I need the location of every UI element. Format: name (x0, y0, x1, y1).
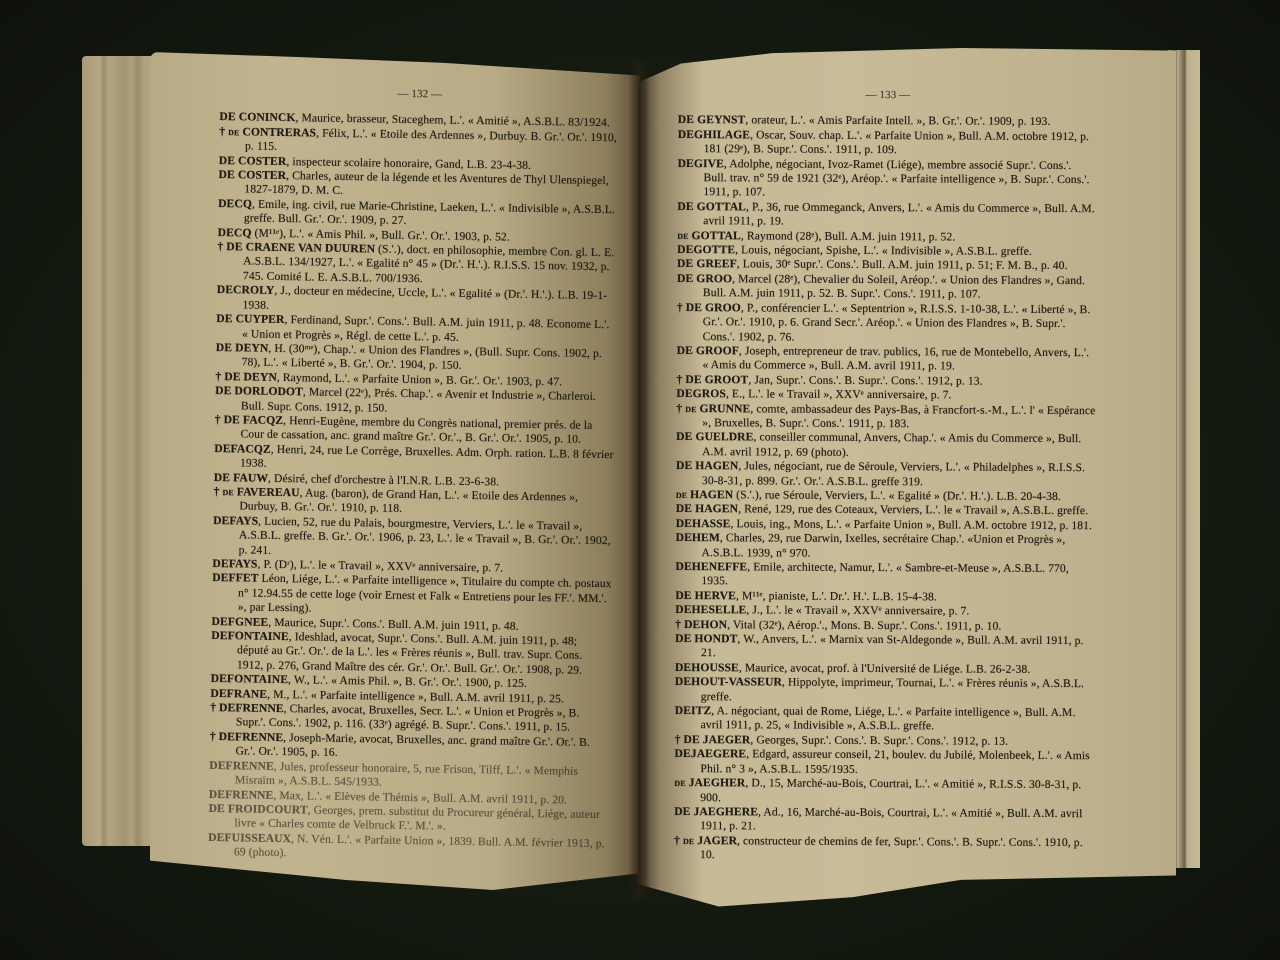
list-item: DE HAGEN, Jules, négociant, rue de Sérou… (676, 459, 1096, 490)
entry-name: DEFRENNE (219, 701, 284, 715)
entry-name: de JAGER (683, 834, 737, 847)
list-item: DEFFET Léon, Liége, L.'. « Parfaite inte… (212, 571, 613, 620)
entry-text: , A. négociant, quai de Rome, Liége, L.'… (701, 704, 1076, 733)
entry-name: de JAEGHER (674, 776, 745, 789)
entry-text: , Joseph, entrepreneur de trav. publics,… (703, 344, 1090, 373)
list-item: de JAEGHER, D., 15, Marché-au-Bois, Cour… (674, 776, 1094, 807)
entry-name: DE JAEGER (683, 733, 750, 746)
entry-text: , P., 36, rue Ommeganck, Anvers, L.'. « … (703, 200, 1095, 228)
entry-text: , Marcel (28ᵉ), Chevalier du Soleil, Aré… (703, 272, 1085, 301)
entry-name: DEFRANE (210, 687, 267, 701)
entry-text: , P., conférencier L.'. « Septentrion »,… (703, 301, 1091, 343)
entry-name: DEITZ (675, 704, 712, 717)
entry-name: DEGHILAGE (678, 128, 750, 141)
entry-name: DEJAEGERE (674, 747, 746, 760)
deceased-dagger: † (210, 730, 219, 743)
deceased-dagger: † (675, 618, 684, 631)
entry-name: DEHOUT-VASSEUR (675, 675, 782, 689)
entry-name: DE JAEGHERE (674, 805, 758, 818)
entry-name: DEFONTAINE (211, 672, 289, 686)
entry-text: , René, 129, rue des Coteaux, Verviers, … (738, 503, 1088, 518)
entry-text: , conseiller communal, Anvers, Chap.'. «… (702, 431, 1081, 459)
entry-text: , Raymond (28ᵉ), Bull. A.M. juin 1911, p… (741, 229, 956, 243)
entry-text: , J., docteur en médecine, Uccle, L.'. «… (242, 284, 607, 311)
deceased-dagger: † (677, 301, 686, 314)
entry-name: DEHOUSSE (675, 661, 739, 674)
entry-name: DECQ (218, 226, 252, 240)
entry-text: , Edgard, assureur conseil, 21, boulev. … (700, 748, 1089, 776)
deceased-dagger: † (675, 733, 684, 746)
list-item: DE JAEGHERE, Ad., 16, Marché-au-Bois, Co… (674, 805, 1094, 836)
entry-name: DE GUELDRE (676, 430, 753, 443)
deceased-dagger: † (219, 125, 228, 138)
list-item: † de GRUNNE, comte, ambassadeur des Pays… (676, 402, 1096, 433)
entry-name: DE COSTER (219, 154, 287, 168)
entry-name: DE HAGEN (676, 459, 738, 472)
entry-name: DE CONINCK (219, 110, 295, 124)
right-page-text: — 133 — DE GEYNST, orateur, L.'. « Amis … (674, 87, 1098, 865)
entry-name: DE CUYPER (216, 312, 284, 326)
entry-name: DEFACQZ (214, 442, 271, 456)
list-item: DE GUELDRE, conseiller communal, Anvers,… (676, 430, 1096, 461)
entry-text: , Vital (32ᵉ), Aérop.'., Mons. B. Supr.'… (727, 618, 1001, 632)
list-item: DEGIVE, Adolphe, négociant, Ivoz-Ramet (… (677, 157, 1097, 202)
entry-name: DE FROIDCOURT (209, 802, 308, 817)
entry-name: DE CRAENE VAN DUUREN (226, 240, 375, 255)
entry-text: , Jules, négociant, rue de Séroule, Verv… (702, 459, 1085, 487)
entry-name: DEHEM (676, 531, 720, 544)
entry-text: , Georges, Supr.'. Cons.'. B. Supr.'. Co… (750, 733, 1008, 747)
entry-text: , Emile, ing. civil, rue Marie-Christine… (244, 197, 615, 227)
entry-list-right: DE GEYNST, orateur, L.'. « Amis Parfaite… (674, 113, 1098, 864)
list-item: DEGHILAGE, Oscar, Souv. chap. L.'. « Par… (678, 128, 1098, 159)
entry-name: DE DEYN (224, 370, 277, 384)
entry-name: DECQ (218, 197, 252, 211)
entry-text: (S.'.), rue Séroule, Verviers, L.'. « Eg… (733, 488, 1061, 503)
entry-text: , Henri, 24, rue Le Corrège, Bruxelles. … (240, 443, 614, 470)
entry-name: DE FACQZ (224, 413, 284, 427)
entry-name: DEGROS (676, 387, 726, 400)
entry-text: , Charles, auteur de la légende et les A… (244, 169, 609, 197)
entry-text: , Ad., 16, Marché-au-Bois, Courtrai, L.'… (700, 805, 1082, 832)
book-gutter (628, 60, 650, 900)
entry-text: , Louis, négociant, Spishe, L.'. « Indiv… (735, 243, 1032, 258)
entry-name: DEGIVE (678, 157, 724, 170)
entry-name: DEHESELLE (675, 603, 746, 616)
entry-name: DE GOTTAL (677, 200, 746, 213)
list-item: † DE CRAENE VAN DUUREN (S.'.), doct. en … (217, 240, 618, 289)
list-item: DEHENEFFE, Emile, architecte, Namur, L.'… (675, 560, 1095, 591)
entry-name: DECROLY (217, 283, 275, 297)
entry-name: DE GROOT (685, 373, 748, 386)
entry-text: , Maurice, avocat, prof. à l'Université … (739, 661, 1030, 676)
list-item: DE HONDT, W., Anvers, L.'. « Marnix van … (675, 632, 1095, 663)
entry-text: , Emile, architecte, Namur, L.'. « Sambr… (701, 560, 1069, 587)
entry-name: DEFGNEE (211, 615, 268, 629)
deceased-dagger: † (213, 485, 222, 498)
entry-name: DE GROOF (677, 344, 739, 357)
list-item: † DE GROO, P., conférencier L.'. « Septe… (677, 301, 1097, 346)
entry-name: DE HERVE (675, 589, 736, 602)
entry-text: , orateur, L.'. « Amis Parfaite Intell. … (745, 114, 1050, 129)
entry-name: DE GEYNST (678, 113, 746, 126)
list-item: † de JAGER, constructeur de chemins de f… (674, 834, 1094, 865)
list-item: DE GOTTAL, P., 36, rue Ommeganck, Anvers… (677, 200, 1097, 231)
open-book: — 132 — DE CONINCK, Maurice, brasseur, S… (0, 0, 1280, 960)
entry-text: , Louis, ing., Mons, L.'. « Parfaite Uni… (731, 517, 1093, 532)
entry-list-left: DE CONINCK, Maurice, brasseur, Staceghem… (208, 110, 620, 865)
entry-text: , Ferdinand, Supr.'. Cons.'. Bull. A.M. … (242, 313, 610, 343)
entry-name: DE HONDT (675, 632, 737, 645)
list-item: DEFONTAINE, Ideshlad, avocat, Supr.'. Co… (211, 629, 612, 678)
entry-name: DE DEYN (216, 341, 269, 355)
entry-name: DE FAUW (214, 471, 268, 485)
deceased-dagger: † (674, 834, 683, 847)
deceased-dagger: † (676, 373, 685, 386)
list-item: DEFAYS, Lucien, 52, rue du Palais, bourg… (213, 514, 614, 563)
entry-text: , W., Anvers, L.'. « Marnix van St-Aldeg… (701, 632, 1084, 659)
deceased-dagger: † (215, 370, 224, 383)
entry-name: de HAGEN (676, 488, 733, 501)
entry-name: DEFAYS (213, 514, 258, 528)
entry-name: DEFRENNE (209, 759, 274, 773)
entry-name: DE DORLODOT (215, 384, 303, 398)
page-number-right: — 133 — (678, 87, 1098, 104)
entry-text: , comte, ambassadeur des Pays-Bas, à Fra… (702, 402, 1095, 430)
entry-text: , J., L.'. le « Travail », XXVᵉ annivers… (746, 604, 969, 618)
entry-text: , Charles, 29, rue Darwin, Ixelles, secr… (702, 531, 1066, 559)
entry-name: DE HAGEN (676, 502, 738, 515)
entry-text: , Henri-Eugène, membre du Congrès nation… (240, 414, 592, 446)
entry-text: , Jules, professeur honoraire, 5, rue Fr… (235, 760, 578, 789)
entry-text: , Charles, avocat, Bruxelles, Secr. L.'.… (236, 702, 580, 734)
entry-name: DEFUISSEAUX (208, 831, 291, 845)
list-item: DE GROO, Marcel (28ᵉ), Chevalier du Sole… (677, 272, 1097, 303)
entry-name: DEHON (684, 618, 727, 631)
deceased-dagger: † (676, 402, 685, 415)
left-page-text: — 132 — DE CONINCK, Maurice, brasseur, S… (208, 84, 620, 866)
entry-name: DEHENEFFE (675, 560, 747, 573)
entry-name: DEFRENNE (209, 787, 274, 801)
entry-name: DE GREEF (677, 257, 737, 270)
entry-name: DEFRENNE (219, 730, 284, 744)
entry-name: DEFFET (212, 571, 259, 585)
entry-name: DE COSTER (218, 168, 286, 182)
entry-text: , Jan, Supr.'. Cons.'. B. Supr.'. Cons.'… (748, 373, 982, 387)
entry-text: , E., L.'. le « Travail », XXVᵉ annivers… (726, 387, 952, 401)
entry-text: , Louis, 30ᵉ Supr.'. Cons.'. Bull. A.M. … (737, 258, 1068, 273)
entry-text: , Adolphe, négociant, Ivoz-Ramet (Liége)… (703, 157, 1089, 199)
entry-name: de GRUNNE (685, 402, 750, 415)
list-item: DEHOUT-VASSEUR, Hippolyte, imprimeur, To… (675, 675, 1095, 706)
entry-name: DEHASSE (676, 517, 731, 530)
entry-name: DEGOTTE (677, 243, 735, 256)
entry-name: de GOTTAL (677, 229, 741, 242)
entry-name: de CONTRERAS (228, 125, 316, 139)
list-item: DEITZ, A. négociant, quai de Rome, Liége… (675, 704, 1095, 735)
deceased-dagger: † (215, 413, 224, 426)
entry-text: , Joseph-Marie, avocat, Bruxelles, anc. … (235, 731, 590, 759)
entry-text: Léon, Liége, L.'. « Parfaite intelligenc… (238, 572, 612, 615)
entry-text: , Oscar, Souv. chap. L.'. « Parfaite Uni… (704, 128, 1089, 156)
entry-name: DE GROO (686, 301, 741, 314)
entry-text: , constructeur de chemins de fer, Supr.'… (700, 834, 1083, 861)
list-item: DEJAEGERE, Edgard, assureur conseil, 21,… (674, 747, 1094, 778)
entry-name: de FAVEREAU (222, 485, 299, 499)
deceased-dagger: † (217, 240, 226, 253)
entry-name: DEFONTAINE (211, 629, 289, 643)
entry-name: DE GROO (677, 272, 732, 285)
entry-name: DEFAYS (212, 557, 257, 571)
entry-text: , Lucien, 52, rue du Palais, bourgmestre… (239, 514, 611, 556)
list-item: DE GROOF, Joseph, entrepreneur de trav. … (677, 344, 1097, 375)
list-item: DEHEM, Charles, 29, rue Darwin, Ixelles,… (676, 531, 1096, 562)
deceased-dagger: † (210, 701, 219, 714)
entry-text: , M¹¹ᵉ, pianiste, L.'. Dr.'. H.'. L.B. 1… (736, 589, 937, 603)
entry-text: , Ideshlad, avocat, Supr.'. Cons.'. Bull… (237, 630, 582, 676)
entry-text: , H. (30ᵐᵉ), Chap.'. « Union des Flandre… (242, 342, 602, 372)
entry-text: , D., 15, Marché-au-Bois, Courtrai, L.'.… (700, 776, 1081, 803)
